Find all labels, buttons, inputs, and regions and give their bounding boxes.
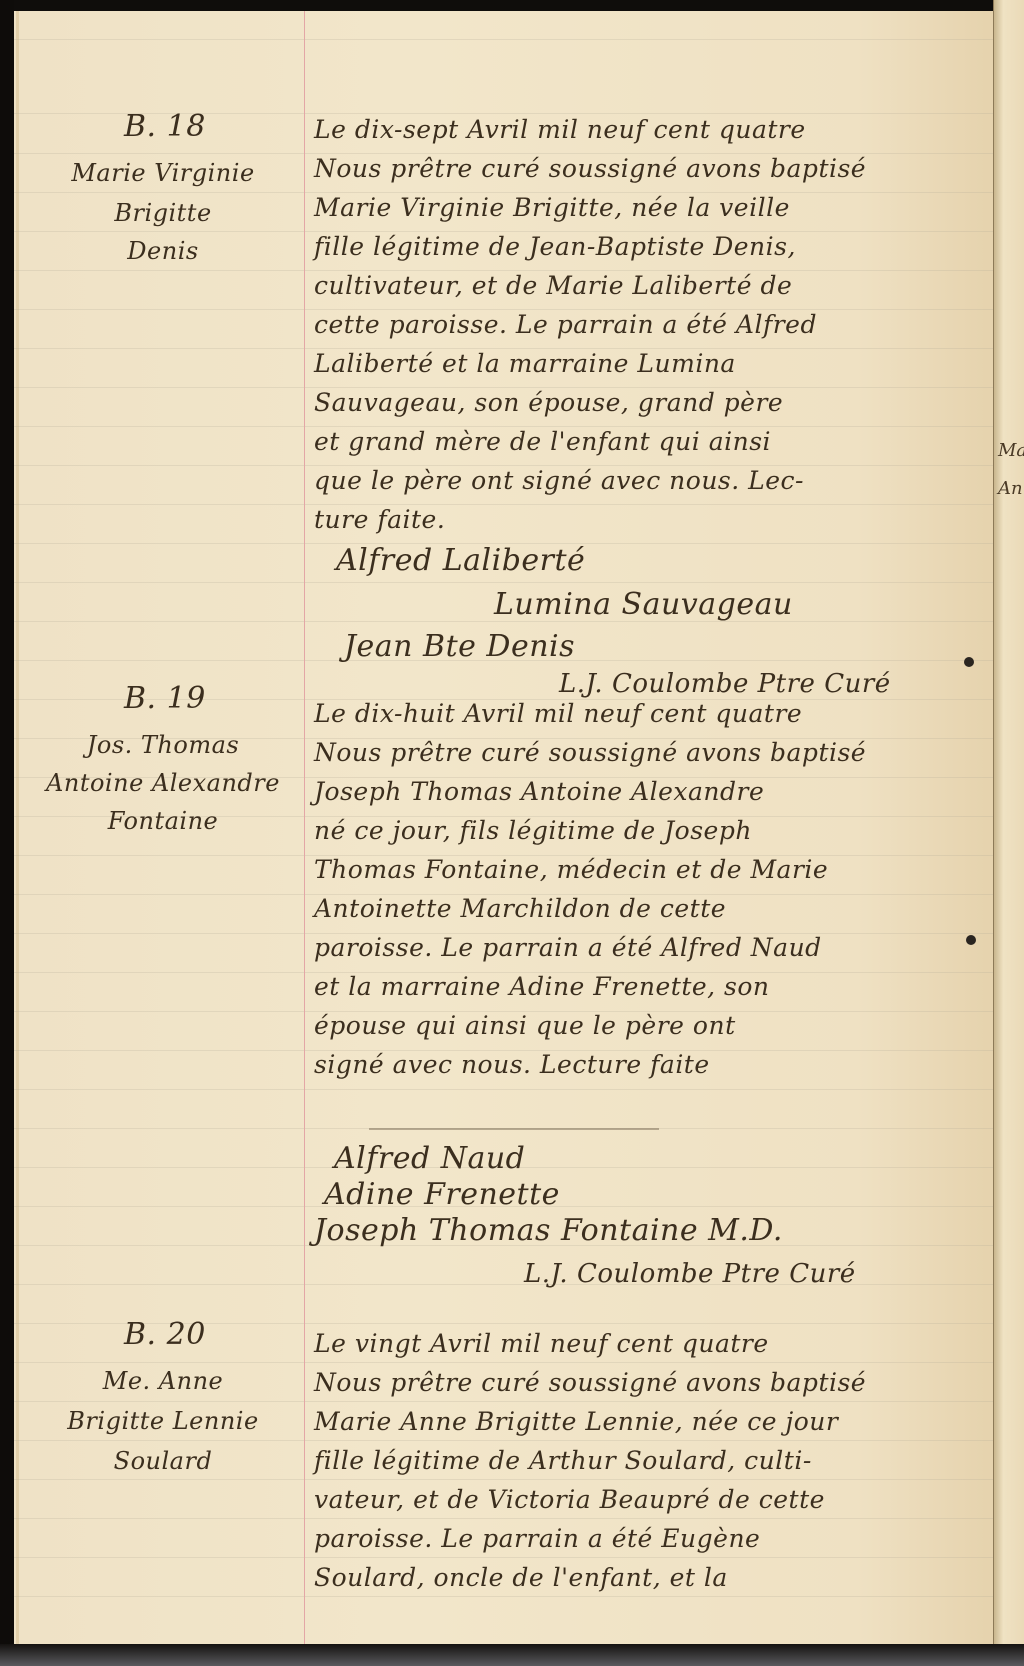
ruled-line bbox=[14, 1401, 1006, 1402]
body-line: Le dix-huit Avril mil neuf cent quatre bbox=[314, 699, 802, 728]
body-line: que le père ont signé avec nous. Lec- bbox=[314, 466, 804, 495]
body-line: Marie Anne Brigitte Lennie, née ce jour bbox=[314, 1407, 838, 1436]
entry-number: B. 20 bbox=[124, 1317, 206, 1352]
entry-number: B. 19 bbox=[124, 681, 206, 716]
ruled-line bbox=[14, 582, 1006, 583]
body-line: Antoinette Marchildon de cette bbox=[314, 894, 726, 923]
ruled-line bbox=[14, 1596, 1006, 1597]
signature: Alfred Naud bbox=[334, 1141, 525, 1176]
margin-name-line: Antoine Alexandre bbox=[28, 769, 298, 797]
ruled-line bbox=[14, 504, 1006, 505]
ruled-line bbox=[14, 39, 1006, 40]
margin-name-line: Marie Virginie bbox=[28, 159, 298, 187]
body-line: né ce jour, fils légitime de Joseph bbox=[314, 816, 752, 845]
body-line: cette paroisse. Le parrain a été Alfred bbox=[314, 310, 817, 339]
signature: Adine Frenette bbox=[324, 1177, 560, 1212]
ruled-line bbox=[14, 1440, 1006, 1441]
book-binding-bottom bbox=[0, 1644, 1024, 1666]
body-line: fille légitime de Jean-Baptiste Denis, bbox=[314, 232, 796, 261]
margin-name-line: Jos. Thomas bbox=[28, 731, 298, 759]
body-line: Nous prêtre curé soussigné avons baptisé bbox=[314, 1368, 866, 1397]
punch-hole bbox=[966, 935, 976, 945]
margin-name-line: Fontaine bbox=[28, 807, 298, 835]
signature: Jean Bte Denis bbox=[344, 629, 575, 664]
signature: Joseph Thomas Fontaine M.D. bbox=[314, 1213, 783, 1248]
body-line: cultivateur, et de Marie Laliberté de bbox=[314, 271, 792, 300]
body-line: fille légitime de Arthur Soulard, culti- bbox=[314, 1446, 812, 1475]
body-line: Marie Virginie Brigitte, née la veille bbox=[314, 193, 790, 222]
margin-name-line: Me. Anne bbox=[28, 1367, 298, 1395]
margin-name-line: Denis bbox=[28, 237, 298, 265]
book-binding-left bbox=[0, 0, 14, 1666]
body-line: Nous prêtre curé soussigné avons baptisé bbox=[314, 154, 866, 183]
register-page: B. 18 Marie Virginie Brigitte Denis Le d… bbox=[14, 11, 1006, 1644]
signature: Alfred Laliberté bbox=[336, 543, 585, 578]
body-line: et la marraine Adine Frenette, son bbox=[314, 972, 770, 1001]
body-line: et grand mère de l'enfant qui ainsi bbox=[314, 427, 771, 456]
body-line: paroisse. Le parrain a été Alfred Naud bbox=[314, 933, 822, 962]
body-line: Joseph Thomas Antoine Alexandre bbox=[314, 777, 764, 806]
body-line: Sauvageau, son épouse, grand père bbox=[314, 388, 783, 417]
ruled-line bbox=[14, 1284, 1006, 1285]
signature-priest: L.J. Coulombe Ptre Curé bbox=[559, 669, 891, 699]
divider-stroke bbox=[369, 1128, 659, 1130]
ruled-line bbox=[14, 1362, 1006, 1363]
signature-priest: L.J. Coulombe Ptre Curé bbox=[524, 1259, 856, 1289]
punch-hole bbox=[964, 657, 974, 667]
body-line: signé avec nous. Lecture faite bbox=[314, 1050, 710, 1079]
entry-number: B. 18 bbox=[124, 109, 206, 144]
body-line: Le dix-sept Avril mil neuf cent quatre bbox=[314, 115, 806, 144]
body-line: vateur, et de Victoria Beaupré de cette bbox=[314, 1485, 825, 1514]
ruled-line bbox=[14, 1557, 1006, 1558]
ruled-line bbox=[14, 1479, 1006, 1480]
body-line: Soulard, oncle de l'enfant, et la bbox=[314, 1563, 728, 1592]
margin-name-line: Brigitte bbox=[28, 199, 298, 227]
body-line: épouse qui ainsi que le père ont bbox=[314, 1011, 736, 1040]
red-margin-line bbox=[304, 11, 305, 1644]
body-line: ture faite. bbox=[314, 505, 445, 534]
signature: Lumina Sauvageau bbox=[494, 587, 793, 622]
facing-page-text-fragment: An bbox=[998, 478, 1023, 499]
margin-name-line: Soulard bbox=[28, 1447, 298, 1475]
ruled-line bbox=[14, 1089, 1006, 1090]
facing-page-edge: Ma An bbox=[993, 0, 1024, 1644]
facing-page-text-fragment: Ma bbox=[998, 440, 1024, 461]
body-line: Thomas Fontaine, médecin et de Marie bbox=[314, 855, 828, 884]
body-line: Le vingt Avril mil neuf cent quatre bbox=[314, 1329, 769, 1358]
ruled-line bbox=[14, 1518, 1006, 1519]
body-line: Laliberté et la marraine Lumina bbox=[314, 349, 736, 378]
margin-name-line: Brigitte Lennie bbox=[28, 1407, 298, 1435]
page-edge bbox=[16, 11, 19, 1644]
body-line: paroisse. Le parrain a été Eugène bbox=[314, 1524, 760, 1553]
body-line: Nous prêtre curé soussigné avons baptisé bbox=[314, 738, 866, 767]
